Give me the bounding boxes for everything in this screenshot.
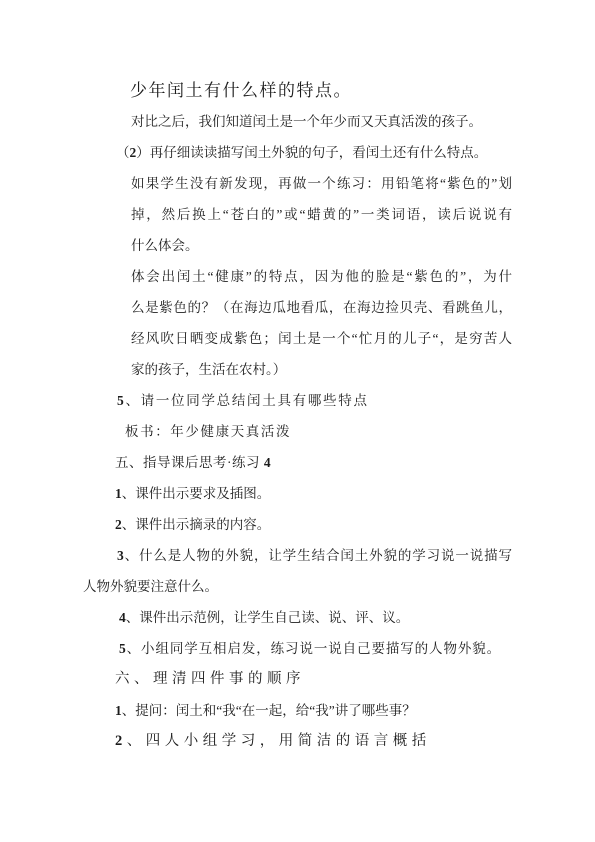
- text-run: 、四人小组学习，用简洁的语言概括: [127, 733, 431, 749]
- text-run: 体会出闰土“健康”的特点，因为他的脸是“紫色的”，为什: [131, 269, 512, 284]
- text-run: 、请一位同学总结闰土具有哪些特点: [125, 393, 368, 408]
- text-run: 、课件出示要求及插图。: [122, 486, 271, 501]
- text-line: 2、课件出示摘录的内容。: [83, 509, 512, 540]
- text-line: 人物外貌要注意什么。: [83, 571, 512, 602]
- text-run: 、小组同学互相启发，练习说一说自己要描写的人物外貌。: [127, 641, 501, 656]
- bold-number: 2: [115, 517, 122, 532]
- text-run: 掉，然后换上“苍白的”或“蜡黄的”一类词语，读后说说有: [131, 207, 512, 222]
- text-run: 板书：年少健康天真活泼: [125, 424, 291, 439]
- text-line: 如果学生没有新发现，再做一个练习：用铅笔将“紫色的”划: [83, 168, 512, 199]
- text-line: 5、小组同学互相启发，练习说一说自己要描写的人物外貌。: [83, 633, 512, 664]
- text-line: 4、课件出示范例，让学生自己读、说、评、议。: [83, 602, 512, 633]
- text-line: 1、课件出示要求及插图。: [83, 478, 512, 509]
- bold-number: 3: [117, 548, 124, 563]
- text-line: 么是紫色的？（在海边瓜地看瓜，在海边捡贝壳、看跳鱼儿，: [83, 292, 512, 323]
- text-run: 么是紫色的？（在海边瓜地看瓜，在海边捡贝壳、看跳鱼儿，: [131, 300, 512, 315]
- document-page: 少年闰土有什么样的特点。对比之后，我们知道闰土是一个年少而又天真活泼的孩子。（2…: [0, 0, 595, 842]
- bold-number: 1: [115, 486, 122, 501]
- text-run: 、提问：闰土和“我“在一起，给“我”讲了哪些事？: [122, 703, 416, 718]
- text-run: 五、指导课后思考·练习: [115, 455, 264, 470]
- text-line: 体会出闰土“健康”的特点，因为他的脸是“紫色的”，为什: [83, 261, 512, 292]
- bold-number: 2: [115, 733, 127, 749]
- text-line: 对比之后，我们知道闰土是一个年少而又天真活泼的孩子。: [83, 106, 512, 137]
- text-line: （2）再仔细读读描写闰土外貌的句子，看闰土还有什么特点。: [83, 137, 512, 168]
- text-line: 经风吹日晒变成紫色；闰土是一个“忙月的儿子“，是穷苦人: [83, 323, 512, 354]
- bold-number: 4: [264, 455, 271, 470]
- text-run: 家的孩子，生活在农村。）: [131, 362, 286, 377]
- text-run: 什么体会。: [131, 238, 199, 253]
- text-line: 什么体会。: [83, 230, 512, 261]
- text-line: 六、理清四件事的顺序: [83, 664, 512, 695]
- text-line: 五、指导课后思考·练习 4: [83, 447, 512, 478]
- text-run: 、课件出示范例，让学生自己读、说、评、议。: [126, 610, 410, 625]
- text-run: 、课件出示摘录的内容。: [122, 517, 271, 532]
- bold-number: 4: [119, 610, 126, 625]
- text-run: 少年闰土有什么样的特点。: [130, 81, 352, 100]
- text-run: ）再仔细读读描写闰土外貌的句子，看闰土还有什么特点。: [136, 145, 487, 160]
- text-line: 1、提问：闰土和“我“在一起，给“我”讲了哪些事？: [83, 695, 512, 726]
- bold-number: 5: [119, 641, 127, 656]
- text-line: 掉，然后换上“苍白的”或“蜡黄的”一类词语，读后说说有: [83, 199, 512, 230]
- text-line: 5、请一位同学总结闰土具有哪些特点: [83, 385, 512, 416]
- text-run: 经风吹日晒变成紫色；闰土是一个“忙月的儿子“，是穷苦人: [131, 331, 512, 346]
- text-line: 板书：年少健康天真活泼: [83, 416, 512, 447]
- text-run: 对比之后，我们知道闰土是一个年少而又天真活泼的孩子。: [131, 114, 482, 129]
- bold-number: 1: [115, 703, 122, 718]
- text-run: 六、理清四件事的顺序: [115, 671, 305, 687]
- text-line: 家的孩子，生活在农村。）: [83, 354, 512, 385]
- text-run: 人物外貌要注意什么。: [83, 579, 218, 594]
- text-run: （: [116, 145, 130, 160]
- text-run: 、什么是人物的外貌，让学生结合闰土外貌的学习说一说描写: [124, 548, 512, 563]
- text-line: 3、什么是人物的外貌，让学生结合闰土外貌的学习说一说描写: [83, 540, 512, 571]
- text-run: 如果学生没有新发现，再做一个练习：用铅笔将“紫色的”划: [131, 176, 512, 191]
- text-line: 少年闰土有什么样的特点。: [83, 75, 512, 106]
- text-line: 2、四人小组学习，用简洁的语言概括: [83, 726, 512, 757]
